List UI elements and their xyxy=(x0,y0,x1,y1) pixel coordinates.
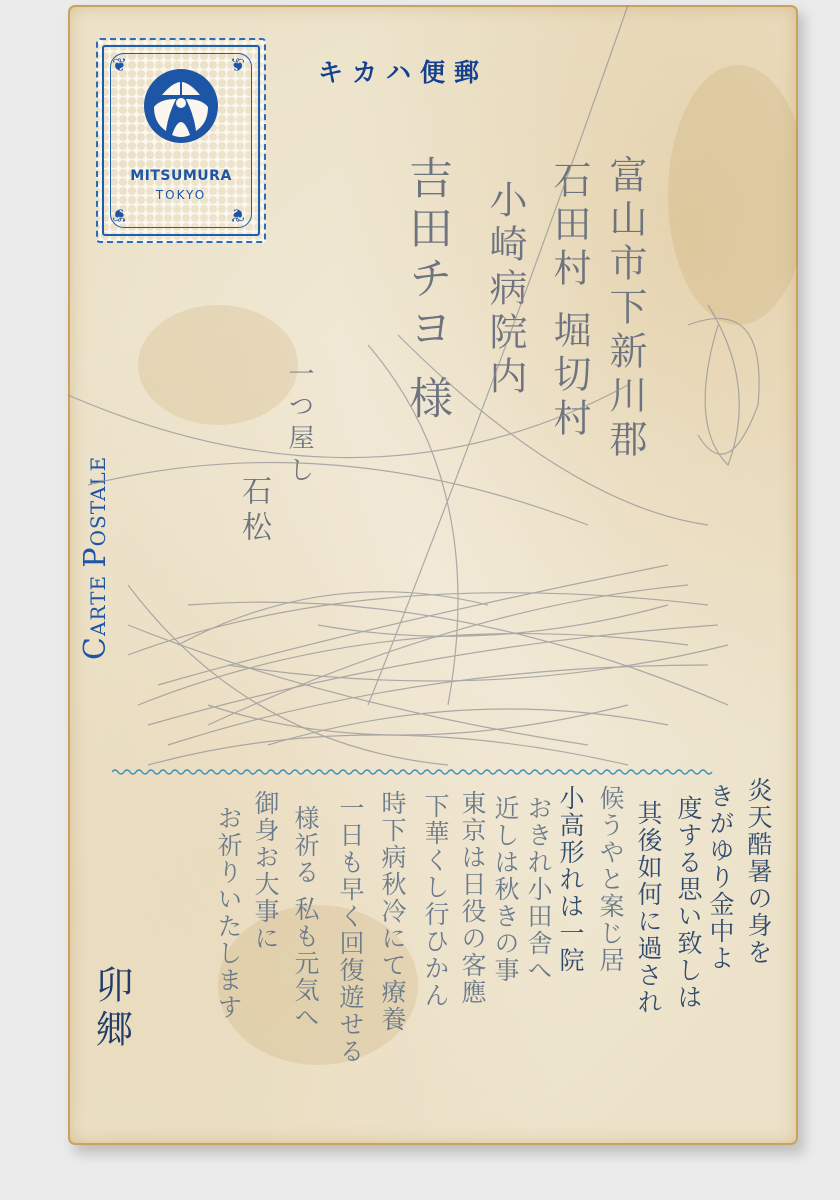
message-line: おきれ小田舎へ xyxy=(526,795,551,984)
message-line: 御身お大事に xyxy=(253,790,278,952)
message-line: お祈りいたします xyxy=(216,805,241,1021)
message-line: きがゆり金中よ xyxy=(708,783,733,972)
message-line: 度する思い致しは xyxy=(676,795,701,1011)
message-signature: 卯郷 xyxy=(92,965,130,1053)
message-line: 下華くし行ひかん xyxy=(423,793,448,1009)
message-line: 東京は日役の客應 xyxy=(460,790,485,1006)
message-line: 様祈る 私も元気へ xyxy=(293,805,318,1031)
message-line: 近しは秋きの事 xyxy=(493,795,518,984)
message-line: 小高形れは一院 xyxy=(558,785,583,974)
message-line: 其後如何に過され xyxy=(636,800,661,1016)
message-line: 炎天酷暑の身を xyxy=(746,777,771,966)
message-divider xyxy=(112,768,727,776)
postcard: ❦ ❦ ❦ ❦ MITSUMURA TOKYO キカハ便郵 CARTE POST… xyxy=(68,5,798,1145)
message-line: 時下病秋冷にて療養 xyxy=(380,790,405,1033)
message-line: 候うやと案じ居 xyxy=(598,785,623,974)
message-line: 一日も早く回復遊せる xyxy=(338,795,363,1065)
